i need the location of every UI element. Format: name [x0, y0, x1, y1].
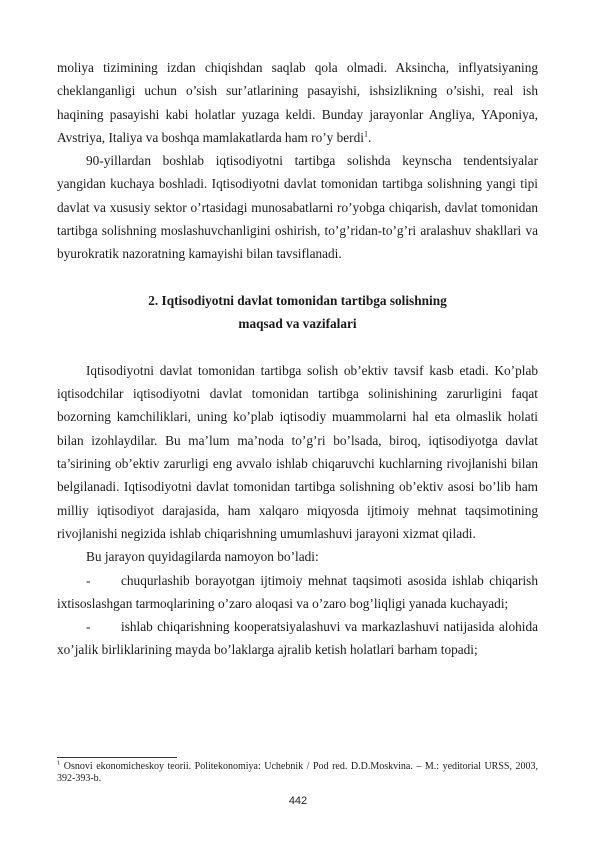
spacer	[57, 336, 538, 359]
footnote-marker: 1	[57, 760, 60, 767]
dash-marker: -	[86, 615, 121, 638]
list-item-text: ishlab chiqarishning kooperatsiyalashuvi…	[57, 619, 538, 657]
list-item: -ishlab chiqarishning kooperatsiyalashuv…	[57, 615, 538, 662]
paragraph: Iqtisodiyotni davlat tomonidan tartibga …	[57, 359, 538, 545]
page-number: 442	[0, 795, 596, 807]
list-item-text: chuqurlashib borayotgan ijtimoiy mehnat …	[57, 573, 538, 611]
footnote: 1 Osnovi ekonomicheskoy teorii. Politeko…	[57, 761, 538, 785]
paragraph: Bu jarayon quyidagilarda namoyon bo’ladi…	[57, 545, 538, 568]
paragraph: moliya tizimining izdan chiqishdan saqla…	[57, 56, 538, 149]
section-heading-line-2: maqsad va vazifalari	[57, 312, 538, 335]
list-item: -chuqurlashib borayotgan ijtimoiy mehnat…	[57, 569, 538, 616]
footnote-text: Osnovi ekonomicheskoy teorii. Politekono…	[57, 761, 538, 784]
dash-marker: -	[86, 569, 121, 592]
spacer	[57, 266, 538, 289]
paragraph-text: moliya tizimining izdan chiqishdan saqla…	[57, 60, 538, 145]
section-heading-line-1: 2. Iqtisodiyotni davlat tomonidan tartib…	[57, 289, 538, 312]
page-body: moliya tizimining izdan chiqishdan saqla…	[57, 56, 538, 662]
paragraph: 90-yillardan boshlab iqtisodiyotni tarti…	[57, 149, 538, 265]
paragraph-end: .	[368, 130, 371, 145]
footnote-separator	[57, 757, 177, 758]
